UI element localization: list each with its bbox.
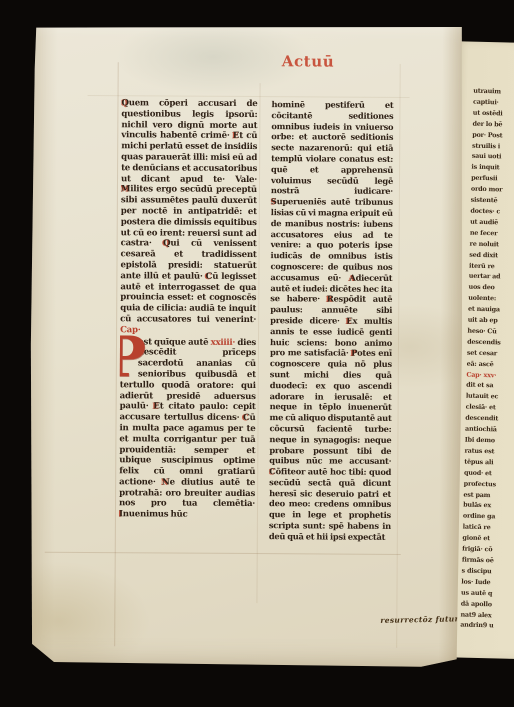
- text-line: eā: ascē: [467, 358, 514, 370]
- body-text: otes enī cognoscere quia nō plus sunt mi…: [269, 348, 392, 466]
- margin-annotation: resurrectōz futurā: [380, 614, 464, 625]
- body-text: ost quīque autē: [138, 337, 211, 347]
- text-line: por· Post: [472, 129, 514, 141]
- text-line: sed dixit: [469, 249, 514, 261]
- running-title: Actuū: [282, 52, 335, 70]
- manuscript-photo: utrauimcaptiui·ut ostēdider lo bēpor· Po…: [0, 0, 514, 707]
- rubricated-capital: M: [121, 185, 130, 195]
- illuminated-initial: P: [119, 336, 134, 378]
- text-line: us autē q: [461, 587, 514, 599]
- adjacent-page-text: utrauimcaptiui·ut ostēdider lo bēpor· Po…: [460, 86, 514, 637]
- left-column-ending-acts-23: Quem cōperi accusari de questionibus leg…: [120, 98, 257, 336]
- text-line: profectus: [464, 478, 514, 490]
- left-text-column: Quem cōperi accusari de questionibus leg…: [119, 98, 258, 561]
- chapter-24-paragraph: Post quīque autē xxiiii· dies descēdit p…: [119, 337, 256, 521]
- body-text: ōfiteor autē hoc tibi: quod secūdū sectā…: [269, 466, 391, 541]
- body-text: ū in multa pace agamus per te et multa c…: [119, 413, 255, 487]
- body-text: nuenimus hūc: [123, 510, 188, 520]
- right-text-column: hominē pestiferū et cōcitantē seditiones…: [269, 99, 394, 562]
- rubricated-capital: Q: [163, 239, 170, 249]
- text-line: quod· et: [464, 467, 514, 479]
- text-block: Quem cōperi accusari de questionibus leg…: [119, 98, 400, 562]
- manuscript-page: Actuū Quem cōperi accusari de questionib…: [28, 24, 464, 669]
- text-line: der lo bē: [472, 118, 514, 130]
- body-text: uperueniēs autē tribunus lisias cū vi ma…: [270, 196, 393, 282]
- text-line: re noluit: [469, 238, 514, 250]
- body-text: hominē pestiferū et cōcitantē seditiones…: [271, 99, 394, 196]
- text-line: dā apollo: [461, 598, 514, 610]
- rubric-text: xxiiii·: [211, 337, 236, 347]
